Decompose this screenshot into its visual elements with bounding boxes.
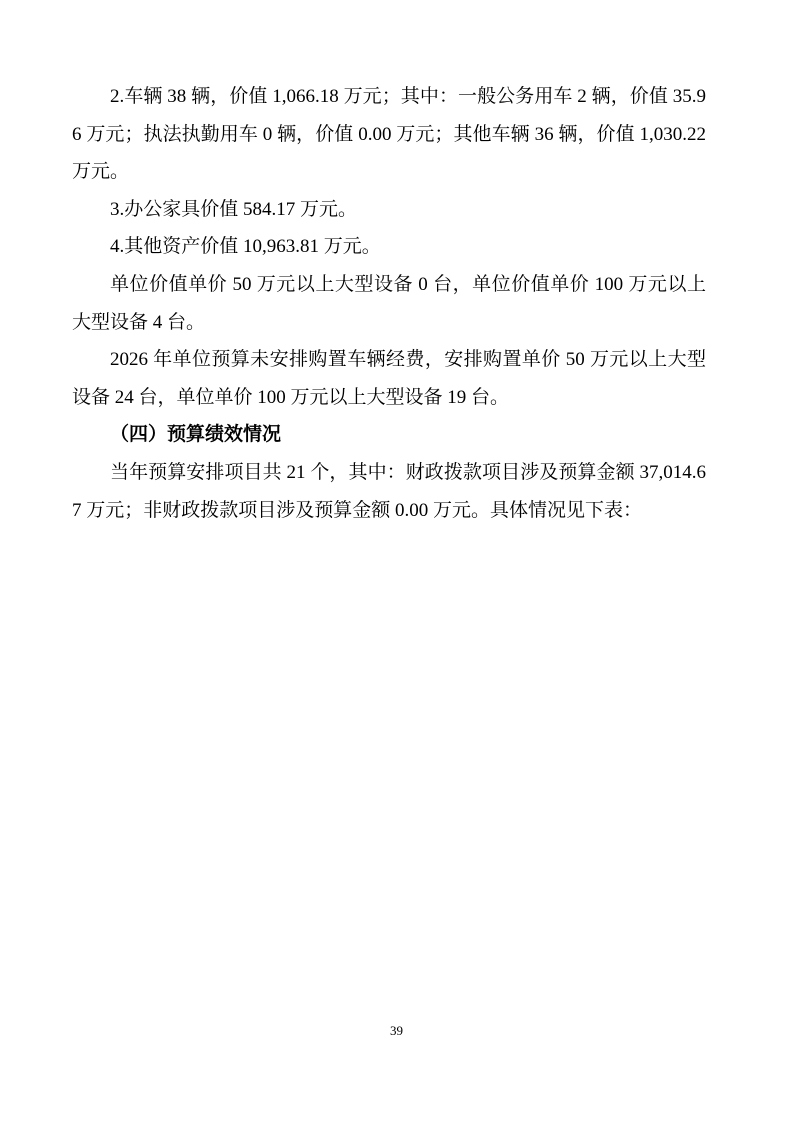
paragraph-2026-procurement: 2026 年单位预算未安排购置车辆经费，安排购置单价 50 万元以上大型设备 2…: [72, 341, 706, 416]
page-number: 39: [0, 1022, 793, 1040]
paragraph-other-assets: 4.其他资产价值 10,963.81 万元。: [72, 228, 706, 266]
section-heading-budget-performance: （四）预算绩效情况: [72, 416, 706, 454]
document-page: 2.车辆 38 辆，价值 1,066.18 万元；其中：一般公务用车 2 辆，价…: [0, 0, 793, 1122]
paragraph-vehicles: 2.车辆 38 辆，价值 1,066.18 万元；其中：一般公务用车 2 辆，价…: [72, 78, 706, 191]
document-body: 2.车辆 38 辆，价值 1,066.18 万元；其中：一般公务用车 2 辆，价…: [72, 78, 706, 529]
paragraph-office-furniture: 3.办公家具价值 584.17 万元。: [72, 191, 706, 229]
paragraph-project-summary: 当年预算安排项目共 21 个，其中：财政拨款项目涉及预算金额 37,014.67…: [72, 454, 706, 529]
paragraph-large-equipment: 单位价值单价 50 万元以上大型设备 0 台，单位价值单价 100 万元以上大型…: [72, 266, 706, 341]
